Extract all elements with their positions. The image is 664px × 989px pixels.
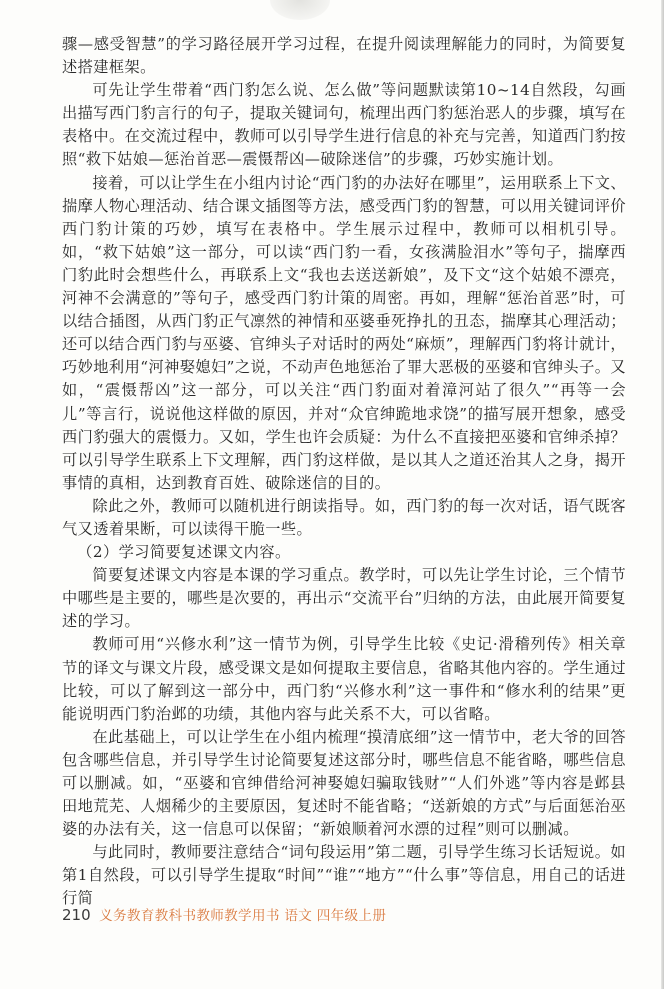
book-title: 义务教育教科书教师教学用书 语文 四年级上册: [99, 908, 386, 924]
paragraph: 与此同时，教师要注意结合“词句段运用”第二题，引导学生练习长话短说。如第1自然段…: [62, 841, 626, 910]
paragraph: 教师可用“兴修水利”这一情节为例，引导学生比较《史记·滑稽列传》相关章节的译文与…: [62, 633, 626, 725]
document-page: 骤—感受智慧”的学习路径展开学习过程，在提升阅读理解能力的同时，为简要复述搭建框…: [0, 0, 664, 989]
paragraph: 可先让学生带着“西门豹怎么说、怎么做”等问题默读第10~14自然段，勾画出描写西…: [62, 79, 626, 171]
paragraph: 除此之外，教师可以随机进行朗读指导。如，西门豹的每一次对话，语气既客气又透着果断…: [62, 495, 626, 541]
paragraph: 接着，可以让学生在小组内讨论“西门豹的办法好在哪里”，运用联系上下文、揣摩人物心…: [62, 172, 626, 495]
page-number: 210: [62, 906, 91, 924]
paragraph: 简要复述课文内容是本课的学习重点。教学时，可以先让学生讨论，三个情节中哪些是主要…: [62, 564, 626, 633]
paragraph-continuation: 骤—感受智慧”的学习路径展开学习过程，在提升阅读理解能力的同时，为简要复述搭建框…: [62, 33, 626, 79]
body-text: 骤—感受智慧”的学习路径展开学习过程，在提升阅读理解能力的同时，为简要复述搭建框…: [62, 33, 626, 911]
scan-smudge: [270, 0, 330, 20]
paragraph: 在此基础上，可以让学生在小组内梳理“摸清底细”这一情节中，老大爷的回答包含哪些信…: [62, 726, 626, 841]
page-footer: 210 义务教育教科书教师教学用书 语文 四年级上册: [62, 904, 386, 924]
section-heading: （2）学习简要复述课文内容。: [62, 541, 626, 564]
